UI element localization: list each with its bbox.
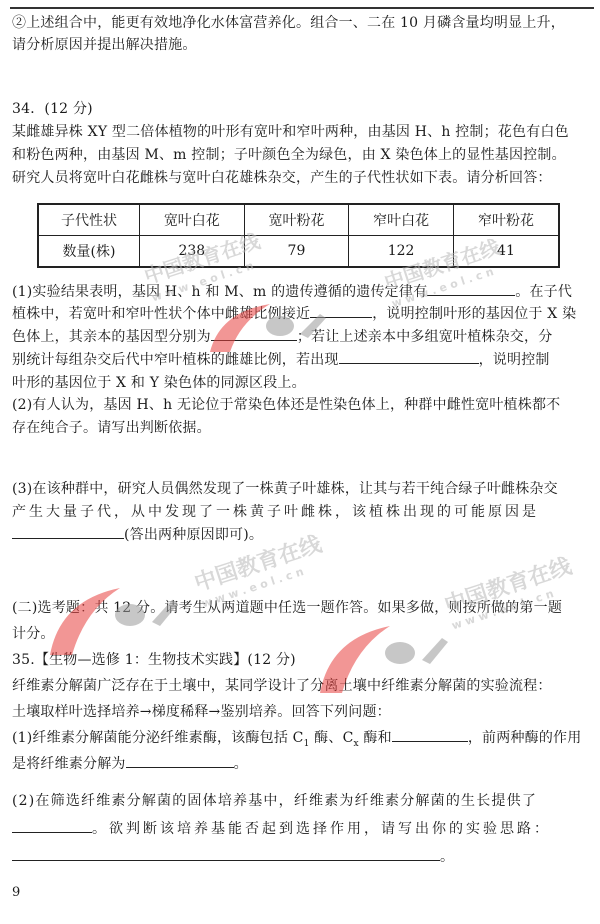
answer-blank[interactable] [310,303,372,318]
table-cell: 数量(株) [38,236,140,268]
table-cell: 79 [244,236,349,268]
q35-intro-1: 纤维素分解菌广泛存在于土壤中，某同学设计了分离土壤中纤维素分解菌的实验流程： [12,675,590,697]
q35-header: 35.【生物—选修 1：生物技术实践】(12 分) [12,649,590,671]
q35-2-line-2: 。欲判断该培养基能否起到选择作用，请写出你的实验思路： [12,818,590,840]
table-header: 窄叶白花 [349,204,454,236]
q34-3-line-3: (答出两种原因即可)。 [12,524,590,546]
continuation-line-2: 请分析原因并提出解决措施。 [12,34,590,56]
top-rule [10,7,594,9]
q34-3-line-1: (3)在该种群中，研究人员偶然发现了一株黄子叶雄株，让其与若干纯合绿子叶雌株杂交 [12,478,590,500]
q35-1-line-2: 是将纤维素分解为。 [12,753,590,775]
continuation-line-1: ②上述组合中，能更有效地净化水体富营养化。组合一、二在 10 月磷含量均明显上升… [12,12,590,34]
table-header: 宽叶粉花 [244,204,349,236]
q34-1-line-3: 色体上，其亲本的基因型分别为；若让上述亲本中多组宽叶植株杂交，分 [12,326,590,348]
answer-blank[interactable] [211,326,297,341]
q35-2-line-3: 。 [12,846,590,868]
answer-blank[interactable] [339,349,479,364]
q34-intro-2: 和粉色两种，由基因 M、m 控制；子叶颜色全为绿色，由 X 染色体上的显性基因控… [12,144,590,166]
q34-3-line-2: 产生大量子代，从中发现了一株黄子叶雌株，该植株出现的可能原因是 [12,501,590,523]
table-header: 子代性状 [38,204,140,236]
q34-header: 34．(12 分) [12,98,590,120]
q35-1-line-1: (1)纤维素分解菌能分泌纤维素酶，该酶包括 C1 酶、Cx 酶和，前两种酶的作用 [12,727,590,755]
q34-intro-1: 某雌雄异株 XY 型二倍体植物的叶形有宽叶和窄叶两种，由基因 H、h 控制；花色… [12,121,590,143]
q34-1-line-4: 别统计每组杂交后代中窄叶植株的雌雄比例，若出现，说明控制 [12,349,590,371]
answer-blank[interactable] [392,727,468,742]
page-number: 9 [12,885,20,900]
table-header-row: 子代性状 宽叶白花 宽叶粉花 窄叶白花 窄叶粉花 [38,204,559,236]
q35-intro-2: 土壤取样叶选择培养→梯度稀释→鉴别培养。回答下列问题： [12,701,590,723]
offspring-table: 子代性状 宽叶白花 宽叶粉花 窄叶白花 窄叶粉花 数量(株) 238 79 12… [37,203,560,268]
table-header: 宽叶白花 [140,204,245,236]
q34-1-line-2: 植株中，若宽叶和窄叶性状个体中雌雄比例接近，说明控制叶形的基因位于 X 染 [12,303,590,325]
q34-1-line-1: (1)实验结果表明，基因 H、h 和 M、m 的遗传遵循的遗传定律有。在子代 [12,281,590,303]
answer-blank[interactable] [12,524,124,539]
section2-line-1: (二)选考题：共 12 分。请考生从两道题中任选一题作答。如果多做，则按所做的第… [12,597,590,619]
table-cell: 238 [140,236,245,268]
section2-line-2: 计分。 [12,623,590,645]
q35-2-line-1: (2)在筛选纤维素分解菌的固体培养基中，纤维素为纤维素分解菌的生长提供了 [12,790,590,812]
answer-blank[interactable] [12,818,92,833]
q34-2-line-1: (2)有人认为，基因 H、h 无论位于常染色体还是性染色体上，种群中雌性宽叶植株… [12,394,590,416]
table-cell: 41 [453,236,559,268]
q34-2-line-2: 存在纯合子。请写出判断依据。 [12,417,590,439]
answer-blank[interactable] [12,846,440,861]
table-header: 窄叶粉花 [453,204,559,236]
answer-blank[interactable] [126,753,234,768]
table-row: 数量(株) 238 79 122 41 [38,236,559,268]
q34-intro-3: 研究人员将宽叶白花雌株与宽叶白花雄株杂交，产生的子代性状如下表。请分析回答： [12,167,590,189]
answer-blank[interactable] [427,281,515,296]
q34-1-line-5: 叶形的基因位于 X 和 Y 染色体的同源区段上。 [12,372,590,394]
table-cell: 122 [349,236,454,268]
